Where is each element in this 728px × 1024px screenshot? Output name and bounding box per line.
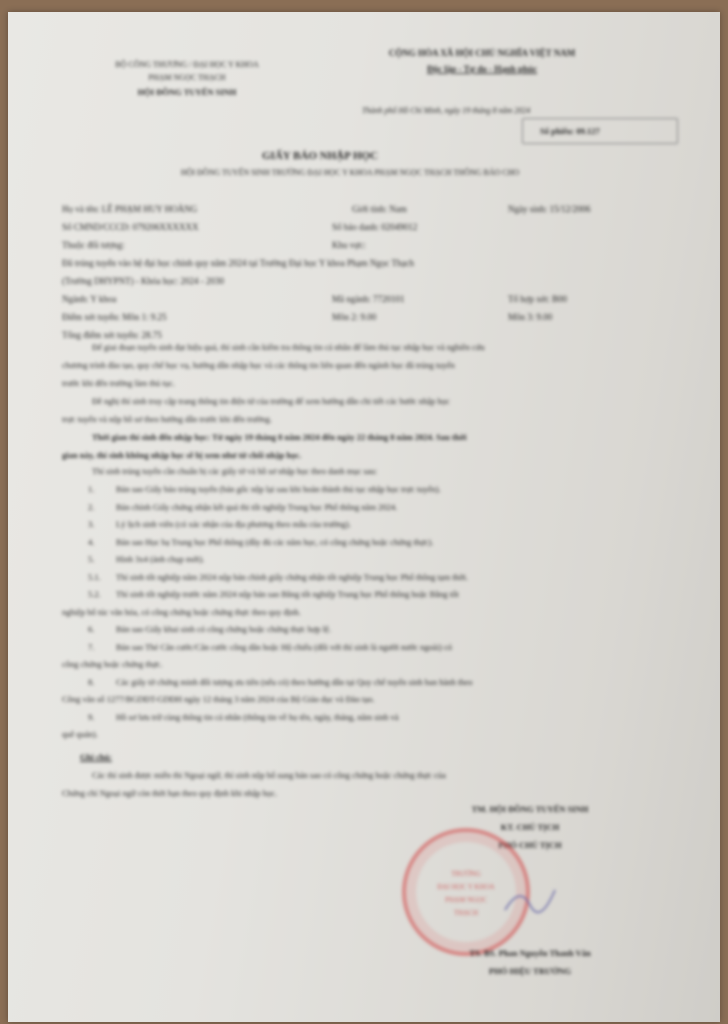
paragraph-line: trước khi đến trường làm thủ tục. (62, 378, 175, 388)
list-item-number: 5.2. (88, 589, 101, 599)
info-points2: Môn 2: 9.00 (332, 312, 376, 322)
list-item-number: 6. (88, 624, 94, 634)
org-line3: HỘI ĐỒNG TUYỂN SINH (82, 87, 292, 97)
list-item-text: công chứng hoặc chứng thực. (62, 659, 162, 669)
signature-scribble-icon (500, 880, 560, 920)
note-heading: Ghi chú: (80, 752, 112, 762)
paragraph-line: Để giai đoạn tuyển sinh đạt hiệu quả, th… (92, 342, 485, 352)
list-item-text: Thí sinh tốt nghiệp trước năm 2024 nộp b… (116, 589, 459, 599)
signature-line1: TM. HỘI ĐỒNG TUYỂN SINH (390, 804, 670, 814)
paragraph-line: Thời gian thí sinh đến nhập học: Từ ngày… (92, 432, 467, 442)
list-item-text: Bản chính Giấy chứng nhận kết quả thi tố… (116, 502, 397, 512)
signer-title: PHÓ HIỆU TRƯỞNG (390, 966, 670, 976)
paragraph-line: Đề nghị thí sinh truy cập trang thông ti… (92, 396, 450, 406)
seal-text3: PHẠM NGỌC THẠCH (436, 894, 496, 920)
list-item-number: 4. (88, 537, 94, 547)
info-points3: Môn 3: 9.00 (508, 312, 552, 322)
info-major-code: Mã ngành: 7720101 (332, 294, 405, 304)
paragraph-line: chương trình đào tạo, quy chế học vụ, hư… (62, 360, 455, 370)
info-name: Họ và tên: LÊ PHẠM HUY HOÀNG (62, 204, 197, 214)
note-line: Chứng chỉ Ngoại ngữ còn thời hạn theo qu… (62, 788, 277, 798)
list-item-text: Bản sao Thẻ Căn cước/Căn cước công dân h… (116, 642, 452, 652)
number-box-text: Số phiếu: 09.127 (540, 126, 600, 136)
document-subtitle: HỘI ĐỒNG TUYỂN SINH TRƯỜNG ĐẠI HỌC Y KHO… (110, 168, 590, 177)
list-item-text: Hồ sơ lưu trữ cùng thông tin cá nhân (th… (116, 712, 399, 722)
nation-motto: Độc lập - Tự do - Hạnh phúc (312, 64, 652, 74)
list-item-number: 9. (88, 712, 94, 722)
list-intro: Thí sinh trúng tuyển cần chuẩn bị các gi… (92, 466, 377, 476)
list-item-number: 3. (88, 519, 94, 529)
issue-date: Thành phố Hồ Chí Minh, ngày 19 tháng 8 n… (362, 106, 530, 115)
list-item-number: 5. (88, 554, 94, 564)
info-sbd: Số báo danh: 02049012 (332, 222, 417, 232)
info-total: Tổng điểm xét tuyển: 28.75 (62, 330, 162, 340)
info-admission: Đã trúng tuyển vào hệ đại học chính quy … (62, 258, 414, 268)
signature-line2: KT. CHỦ TỊCH (390, 822, 670, 832)
list-item-text: Công văn số 1277/BGDĐT-GDĐH ngày 12 thán… (62, 694, 375, 704)
info-points: Điểm xét tuyển: Môn 1: 9.25 (62, 312, 167, 322)
org-line2: PHẠM NGỌC THẠCH (82, 73, 292, 82)
list-item-text: Lý lịch sinh viên (có xác nhận của địa p… (116, 519, 351, 529)
list-item-text: nghiệp bổ túc văn hóa, có công chứng hoặ… (62, 607, 301, 617)
signer-name: TS. BS. Phan Nguyễn Thanh Vân (390, 948, 670, 958)
document-paper (8, 12, 720, 1022)
info-dob: Ngày sinh: 15/12/2006 (508, 204, 591, 214)
list-item-text: Thí sinh tốt nghiệp năm 2024 nộp bản chí… (116, 572, 468, 582)
list-item-text: Bản sao Học bạ Trung học Phổ thông (đầy … (116, 537, 433, 547)
list-item-text: Bản sao Giấy khai sinh có công chứng hoặ… (116, 624, 331, 634)
info-major: Ngành: Y khoa (62, 294, 116, 304)
info-admission2: (Trường DHYPNT) - Khóa học: 2024 - 2030 (62, 276, 224, 286)
list-item-number: 1. (88, 484, 94, 494)
list-item-number: 8. (88, 677, 94, 687)
list-item-text: quê quán). (62, 729, 98, 739)
paragraph-line: trực tuyến và nộp hồ sơ theo hướng dẫn t… (62, 414, 272, 424)
seal-text1: TRƯỜNG (436, 868, 496, 881)
list-item-number: 2. (88, 502, 94, 512)
list-item-number: 5.1. (88, 572, 101, 582)
info-score: Tổ hợp xét: B00 (508, 294, 567, 304)
nation-title: CỘNG HÒA XÃ HỘI CHỦ NGHĨA VIỆT NAM (312, 48, 652, 58)
paragraph-line: gian này, thí sinh không nhập học sẽ bị … (62, 450, 301, 460)
seal-text2: ĐẠI HỌC Y KHOA (436, 881, 496, 894)
info-area: Khu vực: (332, 240, 366, 250)
list-item-text: Bản sao Giấy báo trúng tuyển (bản gốc nộ… (116, 484, 441, 494)
info-gender: Giới tính: Nam (352, 204, 407, 214)
list-item-text: Hình 3x4 (ảnh chụp mới). (116, 554, 204, 564)
list-item-number: 7. (88, 642, 94, 652)
note-line: Các thí sinh được miễn thi Ngoại ngữ, th… (92, 770, 446, 780)
list-item-text: Các giấy tờ chứng minh đối tượng ưu tiên… (116, 677, 473, 687)
document-title: GIẤY BÁO NHẬP HỌC (180, 150, 460, 162)
info-address: Thuộc đối tượng: (62, 240, 125, 250)
org-line1: BỘ CÔNG THƯƠNG / ĐẠI HỌC Y KHOA (82, 60, 292, 69)
info-cccd: Số CMND/CCCD: 079206XXXXXX (62, 222, 199, 232)
